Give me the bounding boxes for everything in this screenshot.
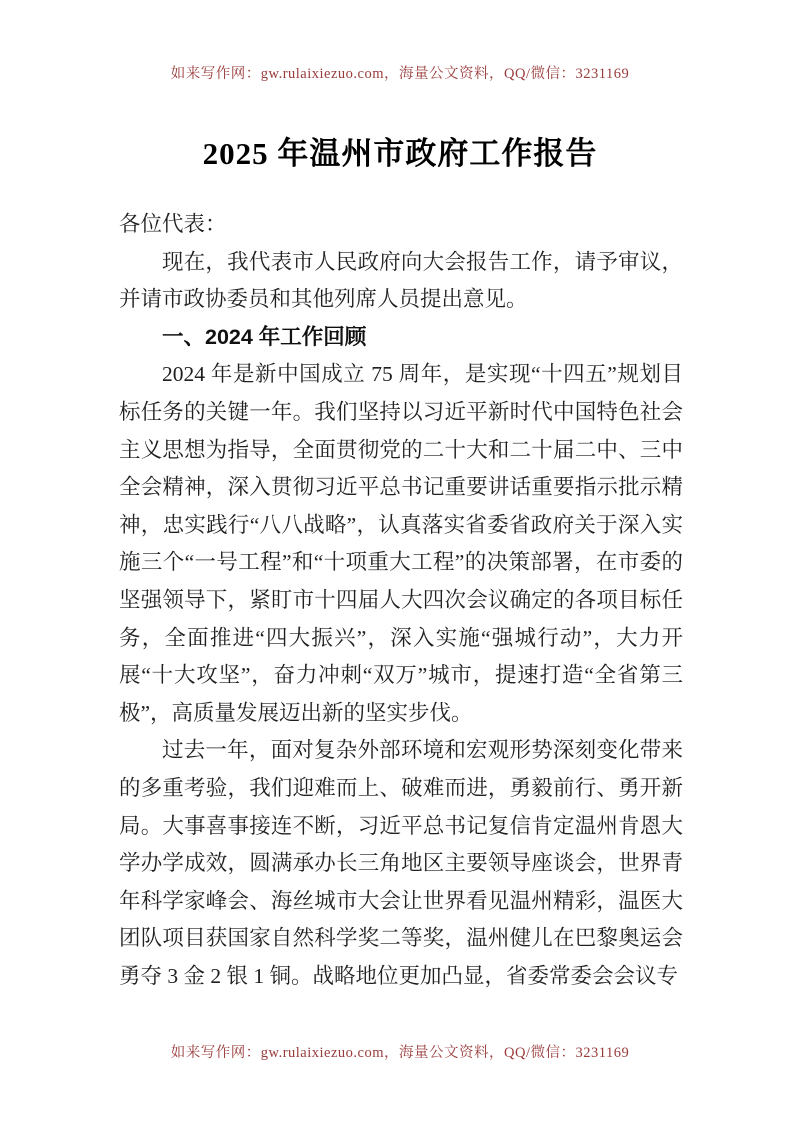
paragraph-intro: 现在，我代表市人民政府向大会报告工作，请予审议，并请市政协委员和其他列席人员提出… [119, 244, 683, 319]
section-heading-2024-review: 一、2024 年工作回顾 [119, 319, 683, 357]
header-watermark: 如来写作网：gw.rulaixiezuo.com，海量公文资料，QQ/微信：32… [0, 64, 800, 84]
document-title: 2025 年温州市政府工作报告 [0, 128, 800, 173]
paragraph-past-year: 过去一年，面对复杂外部环境和宏观形势深刻变化带来的多重考验，我们迎难而上、破难而… [119, 732, 683, 995]
document-page: 如来写作网：gw.rulaixiezuo.com，海量公文资料，QQ/微信：32… [0, 0, 800, 1131]
salutation-line: 各位代表： [119, 206, 683, 244]
footer-watermark: 如来写作网：gw.rulaixiezuo.com，海量公文资料，QQ/微信：32… [0, 1043, 800, 1063]
paragraph-review-overview: 2024 年是新中国成立 75 周年，是实现“十四五”规划目标任务的关键一年。我… [119, 356, 683, 732]
document-body: 各位代表： 现在，我代表市人民政府向大会报告工作，请予审议，并请市政协委员和其他… [119, 206, 683, 995]
